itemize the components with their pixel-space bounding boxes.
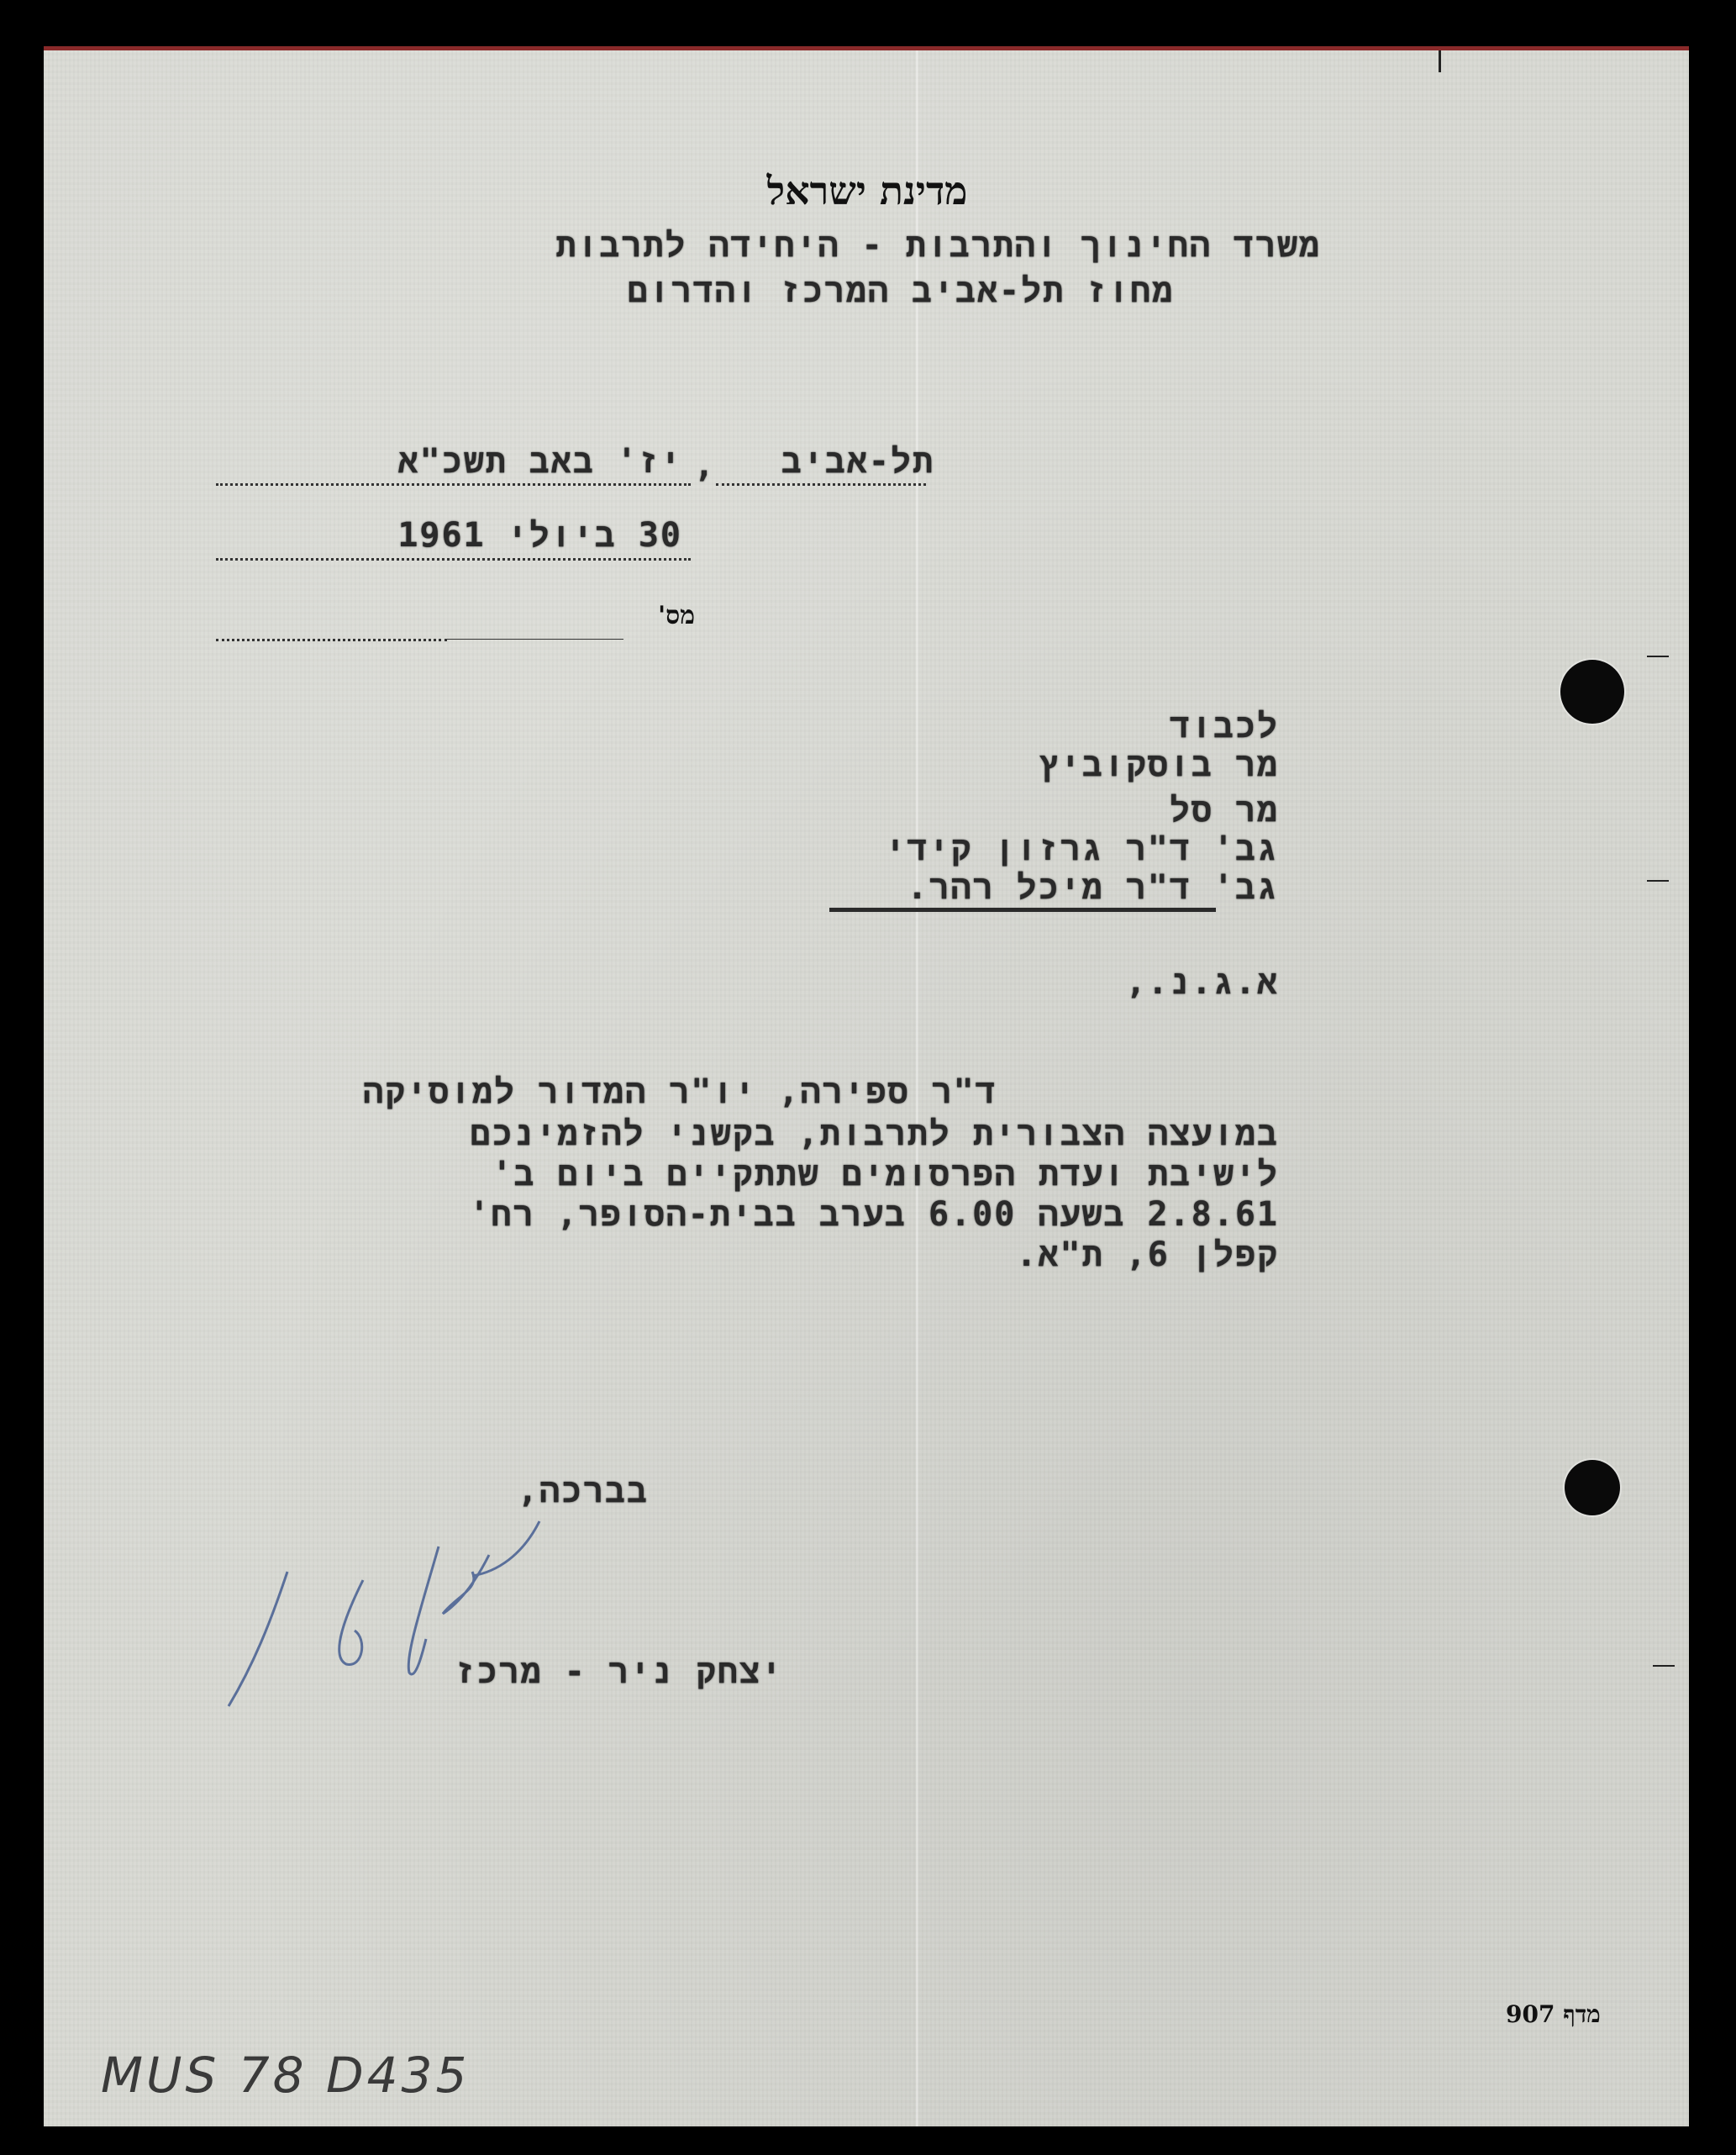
letterhead-state: מדינת ישראל [699, 168, 1035, 213]
edge-tick-mark [1439, 50, 1441, 72]
recipient-4: גב' ד"ר מיכל רהר. [800, 867, 1279, 908]
form-label: מדף 907 [1506, 2000, 1674, 2029]
body-line-3: לישיבת ועדת הפרסומים שתתקיים ביום ב' [329, 1154, 1279, 1194]
edge-tick-mark [1653, 1665, 1675, 1667]
letterhead-district: מחוז תל-אביב המרכז והדרום [514, 271, 1287, 311]
edge-tick-mark [1647, 880, 1669, 882]
reference-label: מס' [628, 601, 695, 630]
recipient-3: גב' ד"ר גרזון קידי [800, 829, 1279, 869]
recipients-underline [829, 908, 1216, 912]
body-line-4: 2.8.61 בשעה 6.00 בערב בבית-הסופר, רח' [329, 1194, 1279, 1235]
edge-tick-mark [1647, 656, 1669, 657]
punch-hole-top [1560, 660, 1624, 724]
salutation: א.ג.נ., [1010, 962, 1279, 1003]
letter-page: מדינת ישראל משרד החינוך והתרבות - היחידה… [44, 46, 1689, 2126]
archive-mark: MUS 78 D435 [101, 2047, 470, 2104]
reference-field-right [447, 639, 623, 640]
body-line-5: קפלן 6, ת"א. [329, 1235, 1279, 1275]
dateline-city: תל-אביב [733, 441, 934, 482]
reference-field-left [216, 639, 447, 641]
dateline-hebrew-underline [216, 483, 691, 486]
body-line-1: ד"ר ספירה, יו"ר המדור למוסיקה [363, 1072, 1279, 1112]
dateline-gregorian-underline [216, 558, 691, 561]
dateline-comma: , [691, 445, 716, 486]
body-line-2: במועצה הצבורית לתרבות, בקשני להזמינכם [329, 1114, 1279, 1154]
dateline-city-underline [716, 483, 926, 486]
signatory-name: יצחק ניר - מרכז [287, 1652, 783, 1692]
punch-hole-bottom [1565, 1460, 1620, 1515]
recipient-2: מר סל [884, 790, 1279, 830]
recipients-heading: לכבוד [968, 706, 1279, 746]
recipient-1: מר בוסקוביץ [884, 745, 1279, 785]
handwritten-signature [220, 1513, 573, 1731]
dateline-hebrew-date: יז' באב תשכ"א [229, 441, 682, 482]
letterhead-ministry: משרד החינוך והתרבות - היחידה לתרבות [371, 225, 1321, 266]
dateline-gregorian-date: 30 ביולי 1961 [229, 515, 682, 556]
closing: בברכה, [397, 1471, 649, 1511]
